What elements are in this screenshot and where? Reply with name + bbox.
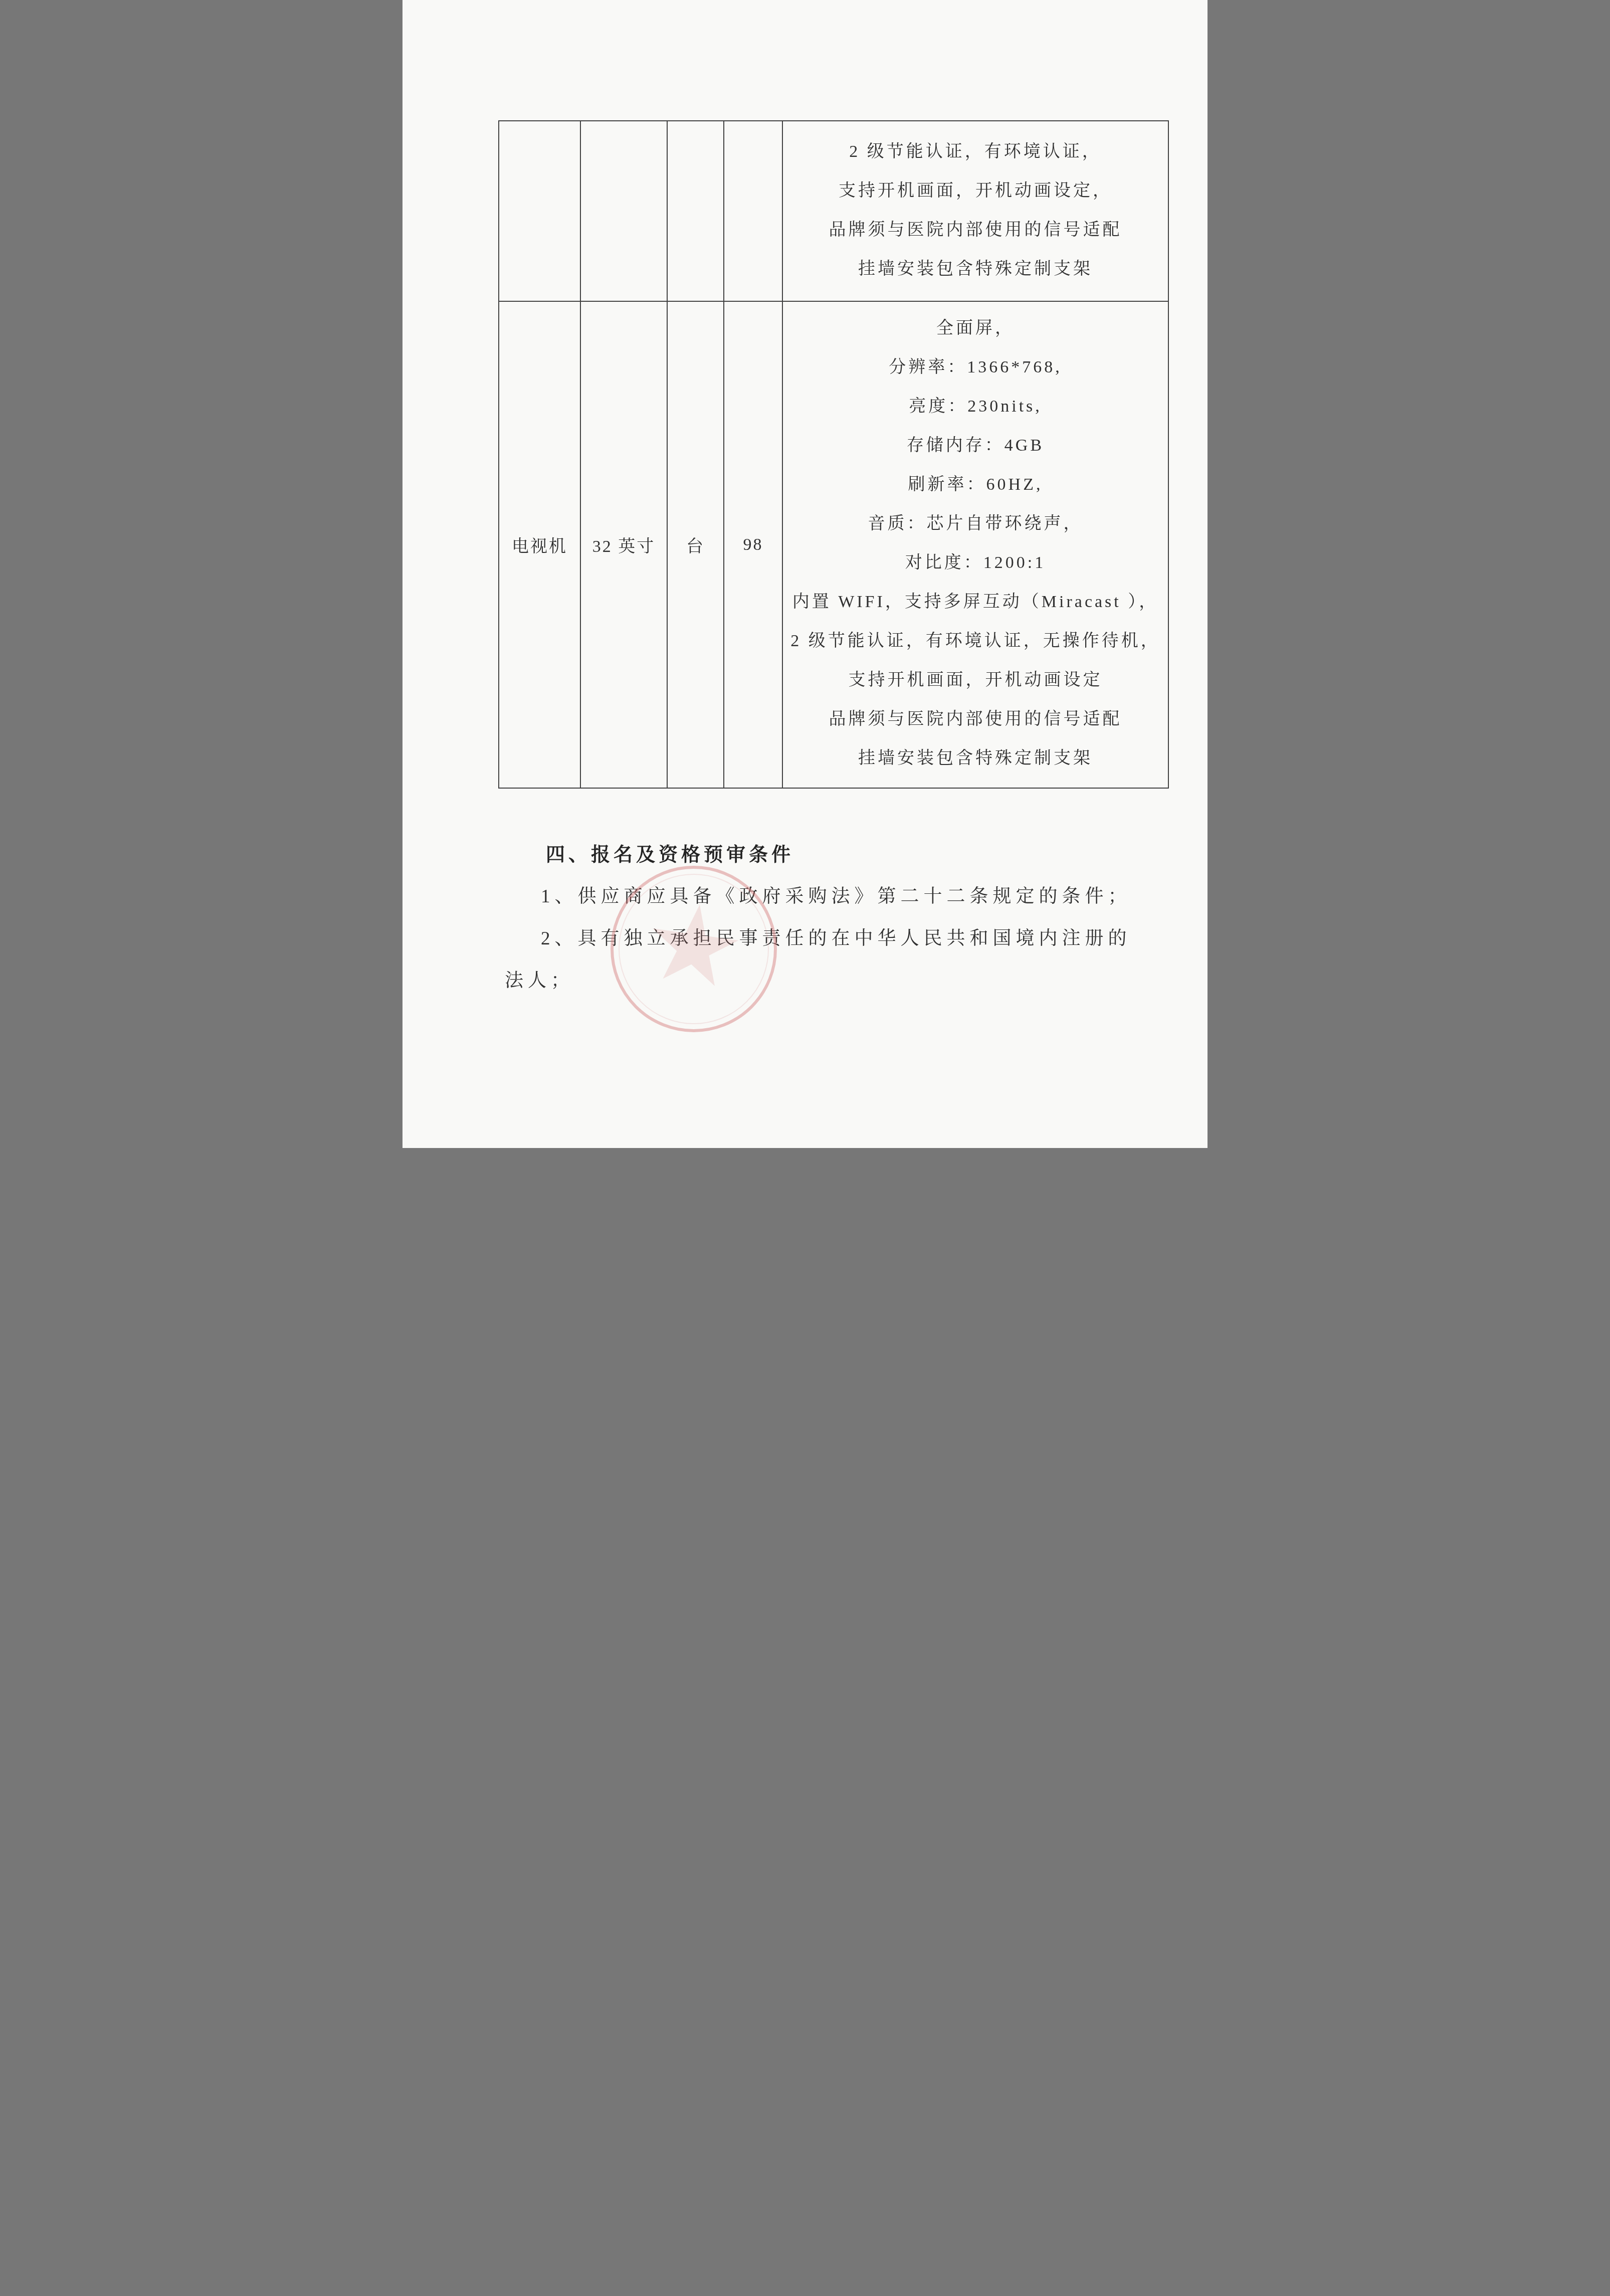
spec-line: 亮度：230nits, bbox=[783, 387, 1168, 426]
registration-section: 四、报名及资格预审条件 1、供应商应具备《政府采购法》第二十二条规定的条件； 2… bbox=[402, 842, 1207, 1002]
spec-line: 挂墙安装包含特殊定制支架 bbox=[783, 739, 1168, 778]
spec-line: 品牌须与医院内部使用的信号适配 bbox=[783, 700, 1168, 739]
cell-quantity: 98 bbox=[724, 302, 783, 788]
condition-line: 1、供应商应具备《政府采购法》第二十二条规定的条件； bbox=[505, 876, 1207, 918]
document-page: 2 级节能认证，有环境认证，支持开机画面，开机动画设定，品牌须与医院内部使用的信… bbox=[402, 0, 1207, 1148]
table-row: 电视机 32 英寸 台 98 全面屏，分辨率：1366*768,亮度：230ni… bbox=[499, 302, 1168, 788]
condition-line-continuation: 法人； bbox=[505, 960, 1207, 1002]
spec-line: 存储内存：4GB bbox=[783, 426, 1168, 465]
spec-line: 分辨率：1366*768, bbox=[783, 348, 1168, 387]
spec-line: 内置 WIFI，支持多屏互动（Miracast ）， bbox=[783, 583, 1168, 622]
cell-size bbox=[581, 121, 668, 301]
cell-specifications: 2 级节能认证，有环境认证，支持开机画面，开机动画设定，品牌须与医院内部使用的信… bbox=[783, 121, 1168, 301]
cell-quantity bbox=[724, 121, 783, 301]
spec-line: 支持开机画面，开机动画设定， bbox=[783, 171, 1168, 211]
cell-item-name bbox=[499, 121, 581, 301]
condition-line: 2、具有独立承担民事责任的在中华人民共和国境内注册的 bbox=[505, 918, 1207, 960]
spec-line: 全面屏， bbox=[783, 309, 1168, 348]
spec-line: 品牌须与医院内部使用的信号适配 bbox=[783, 211, 1168, 250]
spec-line: 支持开机画面，开机动画设定 bbox=[783, 661, 1168, 700]
spec-line: 音质：芯片自带环绕声， bbox=[783, 504, 1168, 543]
spec-line: 挂墙安装包含特殊定制支架 bbox=[783, 250, 1168, 289]
spec-table: 2 级节能认证，有环境认证，支持开机画面，开机动画设定，品牌须与医院内部使用的信… bbox=[498, 120, 1169, 789]
spec-line: 对比度：1200:1 bbox=[783, 543, 1168, 583]
spec-line: 刷新率：60HZ, bbox=[783, 465, 1168, 504]
cell-specifications: 全面屏，分辨率：1366*768,亮度：230nits,存储内存：4GB刷新率：… bbox=[783, 302, 1168, 788]
cell-size: 32 英寸 bbox=[581, 302, 668, 788]
section-heading: 四、报名及资格预审条件 bbox=[546, 842, 1207, 867]
table-row: 2 级节能认证，有环境认证，支持开机画面，开机动画设定，品牌须与医院内部使用的信… bbox=[499, 121, 1168, 302]
spec-line: 2 级节能认证，有环境认证，无操作待机， bbox=[783, 622, 1168, 661]
cell-unit: 台 bbox=[668, 302, 724, 788]
cell-item-name: 电视机 bbox=[499, 302, 581, 788]
spec-line: 2 级节能认证，有环境认证， bbox=[783, 132, 1168, 171]
cell-unit bbox=[668, 121, 724, 301]
